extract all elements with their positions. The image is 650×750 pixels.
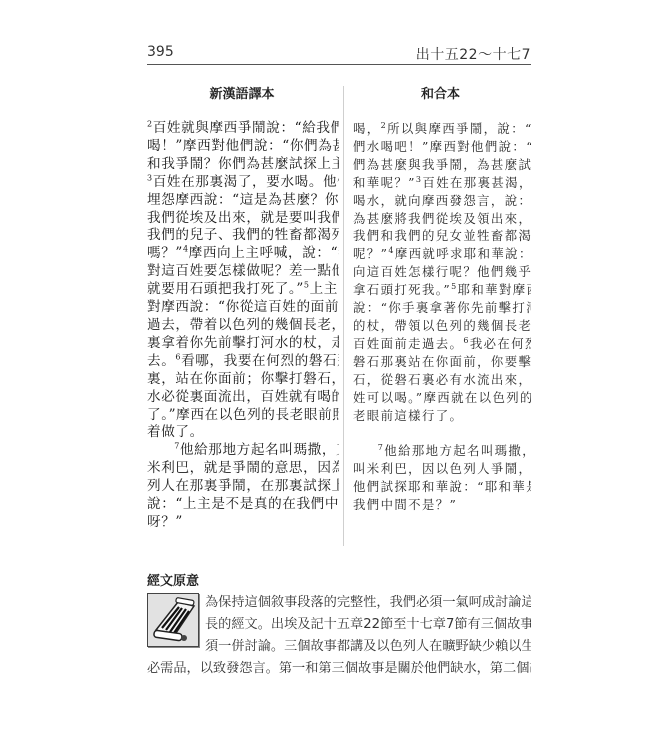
body-line: 為保持這個敘事段落的完整性，我們必須一氣呵成討論這段頗 [147, 592, 531, 614]
verse-line: 拿石頭打死我。”5耶和華對摩西 [353, 281, 531, 299]
verse-line: 3百姓在那裏渴了，要水喝。他們 [147, 174, 339, 192]
page-number: 395 [147, 44, 174, 60]
verse-number: 2 [381, 121, 388, 130]
verse-line: 就要用石頭把我打死了。”5上主 [147, 281, 339, 299]
verse-line: 對摩西說：“你從這百姓的面前走 [147, 299, 339, 317]
verse-line: 我們從埃及出來，就是要叫我們和 [147, 210, 339, 228]
verse-line: 喝！”摩西對他們說：“你們為甚麼 [147, 138, 339, 156]
verse-line: 們水喝吧！”摩西對他們說：“你 [353, 138, 531, 156]
verse-line: 去。6看哪，我要在何烈的磐石那 [147, 353, 339, 371]
body-line: 長的經文。出埃及記十五章22節至十七章7節有三個故事，必 [147, 614, 531, 636]
section-body: 為保持這個敘事段落的完整性，我們必須一氣呵成討論這段頗長的經文。出埃及記十五章2… [147, 592, 531, 680]
verse-line: 和華呢？”3百姓在那裏甚渴，要 [353, 174, 531, 192]
verse-line: 我們中間不是？” [353, 496, 531, 514]
verse-line: 老眼前這樣行了。 [353, 407, 531, 425]
verse-line: 列人在那裏爭鬧，在那裏試探上主， [147, 478, 339, 496]
verse-number: 3 [147, 174, 153, 182]
verse-line: 說：“上主是不是真的在我們中間 [147, 496, 339, 514]
page-header: 395 出十五22～十七7 [147, 44, 531, 65]
paragraph-gap [353, 424, 531, 442]
verse-line: 為甚麼將我們從埃及領出來，使 [353, 210, 531, 228]
verse-number: 7 [378, 443, 385, 452]
section-title: 經文原意 [147, 570, 199, 589]
verse-line: 磐石那裏站在你面前，你要擊打磐 [353, 353, 531, 371]
column-divider [343, 86, 344, 546]
verse-line: 的杖，帶領以色列的幾個長老，從 [353, 317, 531, 335]
verse-line: 嗎？”4摩西向上主呼喊，說：“我 [147, 245, 339, 263]
verse-line: 裏拿着你先前擊打河水的杖，走過 [147, 335, 339, 353]
verse-number: 2 [147, 120, 153, 128]
verse-line: 我們的兒子、我們的牲畜都渴死 [147, 227, 339, 245]
right-column-text: 喝，2所以與摩西爭鬧，說：“給我們水喝吧！”摩西對他們說：“你們為甚麼與我爭鬧，… [353, 120, 531, 514]
verse-number: 6 [463, 336, 470, 345]
column-title-new-chinese-version: 新漢語譯本 [147, 83, 337, 102]
verse-line: 米利巴，就是爭鬧的意思，因為以色 [147, 460, 339, 478]
verse-line: 着做了。 [147, 424, 339, 442]
verse-line: 7他給那地方起名叫瑪撒，又 [353, 442, 531, 460]
verse-line: 姓可以喝。”摩西就在以色列的長 [353, 389, 531, 407]
body-line: 必需品，以致發怨言。第一和第三個故事是關於他們缺水，第二個故事則 [147, 658, 531, 680]
verse-line: 說：“你手裏拿著你先前擊打河水 [353, 299, 531, 317]
scripture-reference: 出十五22～十七7 [416, 44, 531, 64]
verse-number: 4 [183, 245, 189, 253]
verse-line: 7他給那地方起名叫瑪撒，又叫 [147, 442, 339, 460]
verse-line: 百姓面前走過去。6我必在何烈的 [353, 335, 531, 353]
verse-line: 2百姓就與摩西爭鬧說：“給我們水 [147, 120, 339, 138]
verse-line: 和我爭鬧？你們為甚麼試探上主？” [147, 156, 339, 174]
verse-number: 6 [175, 353, 181, 361]
verse-line: 叫米利巴，因以色列人爭鬧，又因 [353, 460, 531, 478]
verse-line: 他們試探耶和華說：“耶和華是在 [353, 478, 531, 496]
verse-line: 呢？”4摩西就呼求耶和華說：“我 [353, 245, 531, 263]
verse-line: 向這百姓怎樣行呢？他們幾乎要 [353, 263, 531, 281]
column-title-union-version: 和合本 [350, 83, 531, 102]
verse-number: 5 [304, 281, 310, 289]
verse-number: 7 [174, 442, 180, 450]
verse-line: 了。”摩西在以色列的長老眼前照 [147, 407, 339, 425]
verse-number: 4 [388, 246, 395, 255]
verse-line: 對這百姓要怎樣做呢？差一點他們 [147, 263, 339, 281]
verse-line: 們為甚麼與我爭鬧，為甚麼試探耶 [353, 156, 531, 174]
left-column-text: 2百姓就與摩西爭鬧說：“給我們水喝！”摩西對他們說：“你們為甚麼和我爭鬧？你們為… [147, 120, 339, 532]
verse-line: 裏，站在你面前；你擊打磐石， [147, 371, 339, 389]
verse-line: 喝，2所以與摩西爭鬧，說：“給我 [353, 120, 531, 138]
verse-line: 我們和我們的兒女並牲畜都渴死 [353, 227, 531, 245]
verse-line: 石，從磐石裏必有水流出來，使百 [353, 371, 531, 389]
verse-line: 呀？” [147, 514, 339, 532]
body-line: 須一併討論。三個故事都講及以色列人在曠野缺少賴以生存的 [147, 636, 531, 658]
verse-number: 5 [451, 282, 458, 291]
verse-number: 3 [416, 175, 423, 184]
verse-line: 埋怨摩西說：“這是為甚麼？你領 [147, 192, 339, 210]
verse-line: 喝水，就向摩西發怨言，說：“你 [353, 192, 531, 210]
verse-line: 過去，帶着以色列的幾個長老，手 [147, 317, 339, 335]
verse-line: 水必從裏面流出，百姓就有喝的 [147, 389, 339, 407]
